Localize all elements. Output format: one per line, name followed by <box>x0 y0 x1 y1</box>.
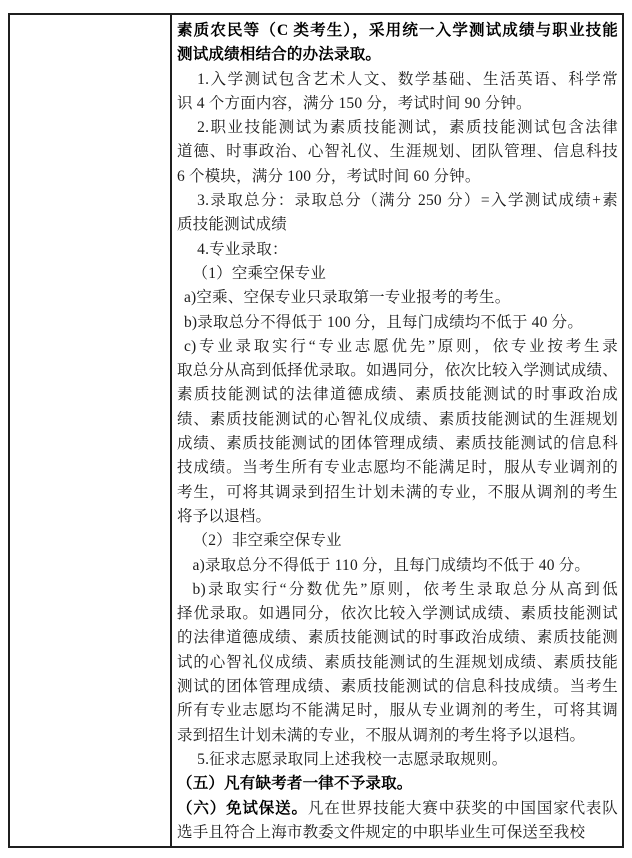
text-line: 5.征求志愿录取同上述我校一志愿录取规则。 <box>177 748 618 772</box>
table-right-cell: 素质农民等（C 类考生），采用统一入学测试成绩与职业技能测试成绩相结合的办法录取… <box>172 15 622 846</box>
text-line: 1.入学测试包含艺术人文、数学基础、生活英语、科学常 <box>177 68 618 92</box>
body-text: 6 个模块，满分 100 分，考试时间 60 分钟。 <box>177 168 481 185</box>
body-text: a)空乘、空保专业只录取第一专业报考的考生。 <box>184 289 510 306</box>
body-text: 试的心智礼仪成绩、素质技能测试的生涯规划成绩、素质技能 <box>177 654 618 671</box>
body-text: 5.征求志愿录取同上述我校一志愿录取规则。 <box>197 751 507 768</box>
body-text: 成绩、素质技能测试的团体管理成绩、素质技能测试的信息科 <box>177 435 618 452</box>
text-line: 将予以退档。 <box>177 505 618 529</box>
bold-text: 素质农民等（C 类考生），采用统一入学测试成绩与职业技能 <box>177 22 618 39</box>
body-text: 识 4 个方面内容，满分 150 分，考试时间 90 分钟。 <box>177 95 532 112</box>
text-line: b)录取实行“分数优先”原则，依考生录取总分从高到低 <box>177 578 618 602</box>
table-left-cell <box>10 15 172 846</box>
text-line: 素质技能测试的法律道德成绩、素质技能测试的时事政治成 <box>177 383 618 407</box>
text-line: a)空乘、空保专业只录取第一专业报考的考生。 <box>177 286 618 310</box>
text-line: c)专业录取实行“专业志愿优先”原则，依专业按考生录 <box>177 335 618 359</box>
body-text: 所有专业志愿均不能满足时，服从专业调剂的考生，可将其调 <box>177 702 618 719</box>
body-text: c)专业录取实行“专业志愿优先”原则，依专业按考生录 <box>184 338 618 355</box>
body-text: 3.录取总分：录取总分（满分 250 分）=入学测试成绩+素 <box>197 192 618 209</box>
text-line: b)录取总分不得低于 100 分，且每门成绩均不低于 40 分。 <box>177 311 618 335</box>
body-text: 凡在世界技能大赛中获奖的中国国家代表队 <box>308 800 618 817</box>
text-line: 择优录取。如遇同分，依次比较入学测试成绩、素质技能测试 <box>177 602 618 626</box>
body-text: 考生，可将其调录到招生计划未满的专业，不服从调剂的考生 <box>177 484 618 501</box>
body-text: b)录取总分不得低于 100 分，且每门成绩均不低于 40 分。 <box>184 314 583 331</box>
text-line: 录到招生计划未满的专业，不服从调剂的考生将予以退档。 <box>177 724 618 748</box>
text-line: 绩、素质技能测试的心智礼仪成绩、素质技能测试的生涯规划 <box>177 408 618 432</box>
body-text: （1）空乘空保专业 <box>193 265 327 282</box>
text-line: 所有专业志愿均不能满足时，服从专业调剂的考生，可将其调 <box>177 699 618 723</box>
body-text: 录到招生计划未满的专业，不服从调剂的考生将予以退档。 <box>177 727 585 744</box>
text-line: 成绩、素质技能测试的团体管理成绩、素质技能测试的信息科 <box>177 432 618 456</box>
text-line: 道德、时事政治、心智礼仪、生涯规划、团队管理、信息科技 <box>177 140 618 164</box>
body-text: 2.职业技能测试为素质技能测试，素质技能测试包含法律 <box>197 119 618 136</box>
text-line: 质技能测试成绩 <box>177 213 618 237</box>
body-text: 测试的团体管理成绩、素质技能测试的信息科技成绩。当考生 <box>177 678 618 695</box>
body-text: 道德、时事政治、心智礼仪、生涯规划、团队管理、信息科技 <box>177 143 618 160</box>
bold-text: 测试成绩相结合的办法录取。 <box>177 46 381 63</box>
text-line: 测试成绩相结合的办法录取。 <box>177 43 618 67</box>
document-body: 素质农民等（C 类考生），采用统一入学测试成绩与职业技能测试成绩相结合的办法录取… <box>177 19 618 845</box>
text-line: 考生，可将其调录到招生计划未满的专业，不服从调剂的考生 <box>177 481 618 505</box>
content-table: 素质农民等（C 类考生），采用统一入学测试成绩与职业技能测试成绩相结合的办法录取… <box>8 13 624 848</box>
body-text: 择优录取。如遇同分，依次比较入学测试成绩、素质技能测试 <box>177 605 618 622</box>
body-text: 绩、素质技能测试的心智礼仪成绩、素质技能测试的生涯规划 <box>177 411 618 428</box>
body-text: 选手且符合上海市教委文件规定的中职毕业生可保送至我校 <box>177 824 585 841</box>
text-line: 4.专业录取： <box>177 238 618 262</box>
body-text: 质技能测试成绩 <box>177 216 287 233</box>
text-line: （1）空乘空保专业 <box>177 262 618 286</box>
text-line: 的法律道德成绩、素质技能测试的时事政治成绩、素质技能测 <box>177 626 618 650</box>
text-line: 选手且符合上海市教委文件规定的中职毕业生可保送至我校 <box>177 821 618 845</box>
text-line: 取总分从高到低择优录取。如遇同分，依次比较入学测试成绩、 <box>177 359 618 383</box>
text-line: a)录取总分不得低于 110 分，且每门成绩均不低于 40 分。 <box>177 554 618 578</box>
text-line: （五）凡有缺考者一律不予录取。 <box>177 772 618 796</box>
body-text: 1.入学测试包含艺术人文、数学基础、生活英语、科学常 <box>197 71 618 88</box>
text-line: （六）免试保送。凡在世界技能大赛中获奖的中国国家代表队 <box>177 797 618 821</box>
text-line: 试的心智礼仪成绩、素质技能测试的生涯规划成绩、素质技能 <box>177 651 618 675</box>
text-line: 素质农民等（C 类考生），采用统一入学测试成绩与职业技能 <box>177 19 618 43</box>
body-text: （2）非空乘空保专业 <box>193 532 342 549</box>
text-line: 3.录取总分：录取总分（满分 250 分）=入学测试成绩+素 <box>177 189 618 213</box>
body-text: 将予以退档。 <box>177 508 271 525</box>
text-line: 识 4 个方面内容，满分 150 分，考试时间 90 分钟。 <box>177 92 618 116</box>
text-line: （2）非空乘空保专业 <box>177 529 618 553</box>
body-text: 4.专业录取： <box>197 241 288 258</box>
body-text: 素质技能测试的法律道德成绩、素质技能测试的时事政治成 <box>177 386 618 403</box>
text-line: 2.职业技能测试为素质技能测试，素质技能测试包含法律 <box>177 116 618 140</box>
text-line: 技成绩。当考生所有专业志愿均不能满足时，服从专业调剂的 <box>177 456 618 480</box>
body-text: 的法律道德成绩、素质技能测试的时事政治成绩、素质技能测 <box>177 629 618 646</box>
body-text: b)录取实行“分数优先”原则，依考生录取总分从高到低 <box>193 581 619 598</box>
bold-text: （五）凡有缺考者一律不予录取。 <box>177 775 413 792</box>
bold-text: （六）免试保送。 <box>177 800 308 817</box>
body-text: 技成绩。当考生所有专业志愿均不能满足时，服从专业调剂的 <box>177 459 618 476</box>
body-text: a)录取总分不得低于 110 分，且每门成绩均不低于 40 分。 <box>193 557 591 574</box>
body-text: 取总分从高到低择优录取。如遇同分，依次比较入学测试成绩、 <box>177 362 618 379</box>
text-line: 测试的团体管理成绩、素质技能测试的信息科技成绩。当考生 <box>177 675 618 699</box>
text-line: 6 个模块，满分 100 分，考试时间 60 分钟。 <box>177 165 618 189</box>
